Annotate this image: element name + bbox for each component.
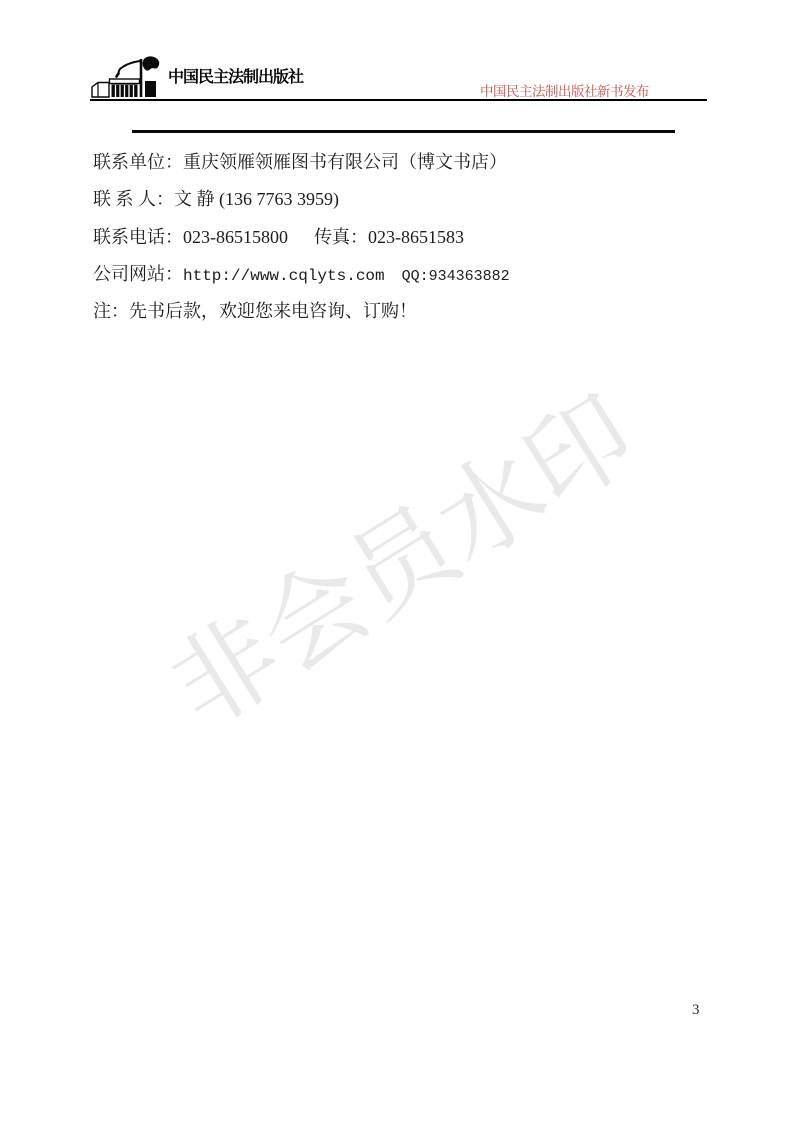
phone-label: 联系电话： [93, 227, 183, 247]
contact-person-line: 联 系 人：文 静 (136 7763 3959) [93, 188, 339, 210]
website-label: 公司网站： [93, 264, 183, 284]
contact-unit-line: 联系单位：重庆领雁领雁图书有限公司（博文书店） [93, 151, 507, 173]
publisher-brand-text: 中国民主法制出版社 [168, 64, 303, 87]
order-note-line: 注：先书后款，欢迎您来电咨询、订购！ [93, 300, 417, 322]
phone-number: 023-86515800 [183, 227, 288, 247]
fax-label: 传真： [314, 227, 368, 247]
document-page: 中国民主法制出版社 中国民主法制出版社新书发布 联系单位：重庆领雁领雁图书有限公… [0, 0, 793, 1122]
website-line: 公司网站：http://www.cqlyts.comQQ:934363882 [93, 263, 510, 288]
page-number: 3 [692, 1002, 700, 1019]
new-book-release-banner: 中国民主法制出版社新书发布 [480, 80, 649, 100]
section-divider [132, 130, 675, 133]
publisher-building-icon [89, 54, 163, 100]
fax-number: 023-8651583 [368, 227, 464, 247]
header-rule [90, 99, 707, 101]
qq-number: QQ:934363882 [402, 268, 510, 285]
contact-phone-line: 联系电话：023-86515800传真：023-8651583 [93, 226, 464, 248]
watermark-text: 非会员水印 [138, 353, 658, 756]
website-url: http://www.cqlyts.com [183, 267, 385, 285]
